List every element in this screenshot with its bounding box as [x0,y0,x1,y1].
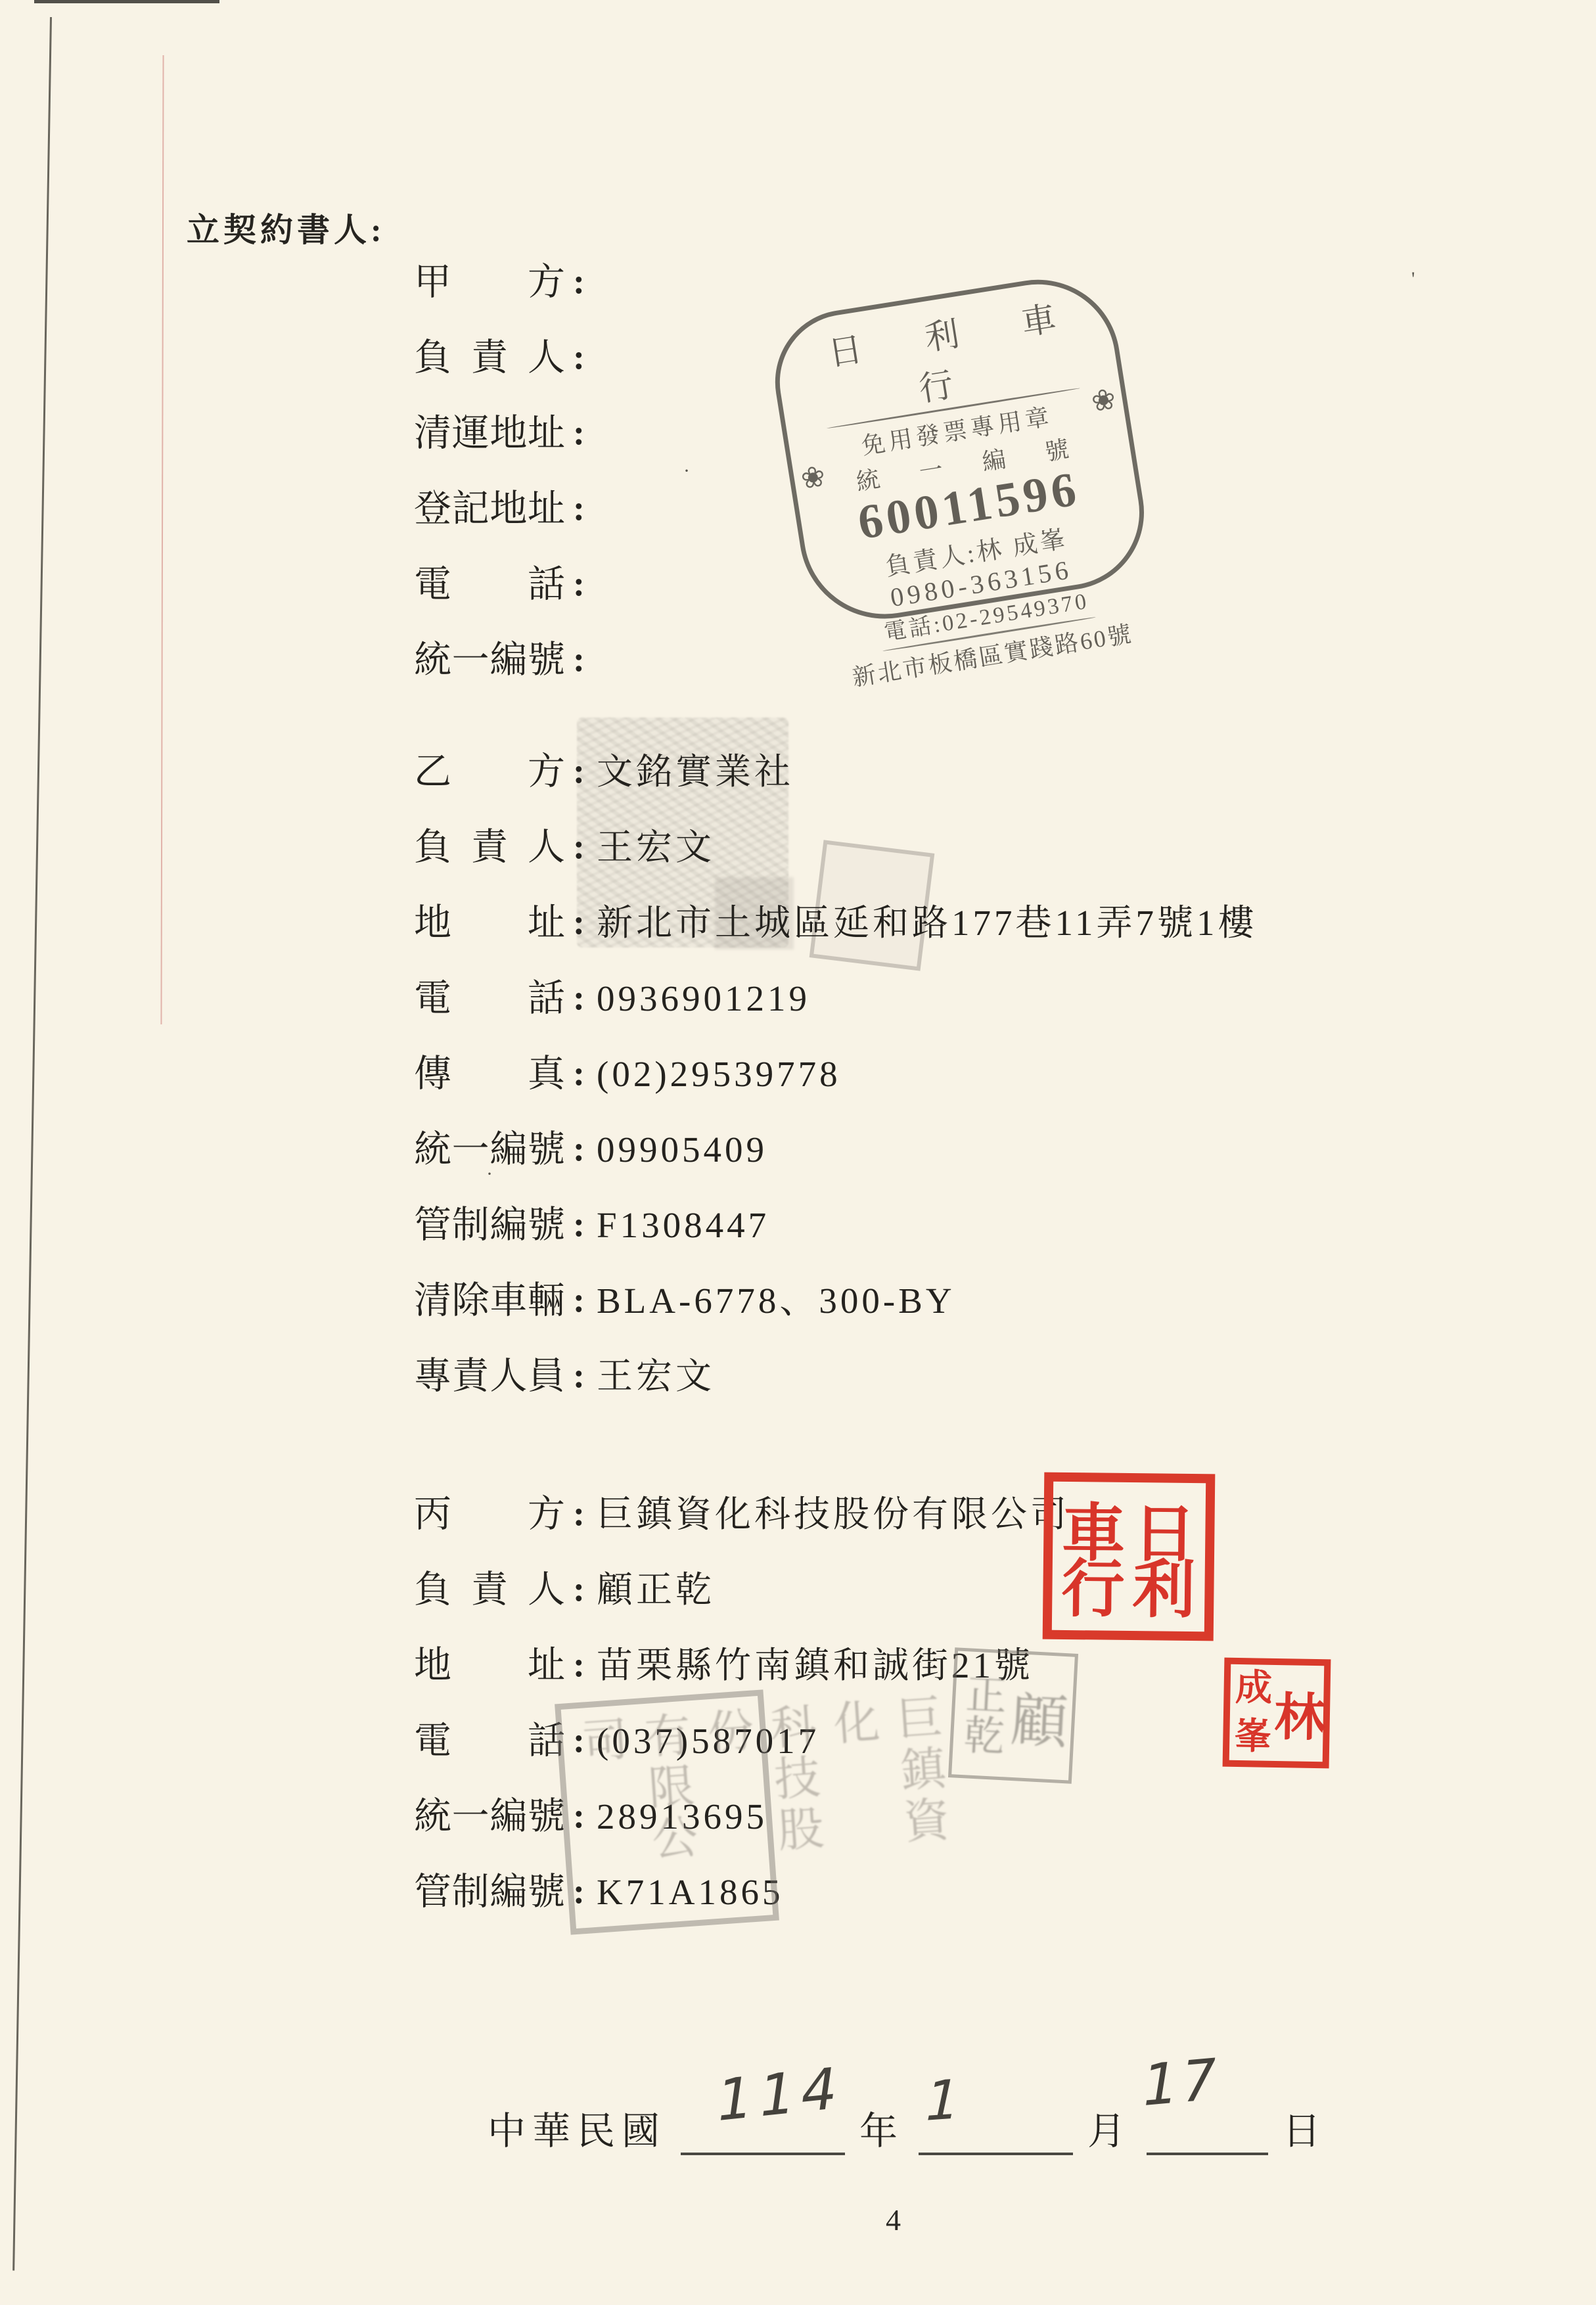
field-label: 地址 [414,1644,565,1687]
field-label: 清運地址 [414,412,565,455]
stamp-chars: 成 峯 [1229,1664,1278,1761]
stamp-char: 成 [1235,1667,1273,1710]
colon: : [565,488,593,528]
day-label: 日 [1283,2100,1327,2155]
field-label: 甲方 [414,261,565,304]
colon: : [565,1279,593,1320]
colon: : [565,1355,593,1396]
stamp-char: 利 [1132,1540,1196,1630]
field-row-bing-address: 地址:苗栗縣竹南鎮和誠街21號 [414,1644,1034,1687]
field-label: 乙方 [414,750,565,794]
field-value: 巨鎮資化科技股份有限公司 [597,1493,1070,1536]
colon: : [565,1568,593,1609]
field-row-yi-control-no: 管制編號:F1308447 [414,1204,769,1247]
page-title: 立契約書人: [187,204,386,251]
field-label: 地址 [414,901,565,945]
field-value: F1308447 [597,1204,769,1247]
stamp-char: 林 [1276,1665,1325,1762]
field-label: 丙方 [414,1493,565,1536]
field-label: 統一編號 [414,639,565,682]
year-label: 年 [859,2100,904,2155]
field-row-jia-fang: 甲方: [414,261,597,304]
colon: : [565,826,593,867]
scan-edge-line [34,0,219,3]
colon: : [565,901,593,942]
field-row-bing-fang: 丙方:巨鎮資化科技股份有限公司 [414,1493,1070,1536]
ink-speck: · [683,460,690,482]
colon: : [565,1644,593,1685]
field-value: BLA-6778、300-BY [597,1279,955,1323]
contract-page: ' · · 立契約書人: 甲方: 負責人: 清運地址: 登記地址: 電話: 統一… [0,0,1596,2305]
red-personal-stamp-lin: 林 成 峯 [1223,1658,1331,1769]
seal-column: 科技股份 [693,1700,832,1910]
field-row-jia-tax-id: 統一編號: [414,639,597,682]
field-value: (02)29539778 [597,1053,841,1096]
field-label: 清除車輛 [414,1279,565,1323]
flower-icon: ❀ [1089,382,1118,419]
field-row-yi-address: 地址:新北市土城區延和路177巷11弄7號1樓 [414,901,1257,945]
field-value: 顧正乾 [597,1568,715,1612]
day-blank-underline [1147,2114,1268,2155]
field-value: 新北市土城區延和路177巷11弄7號1樓 [597,901,1257,945]
field-row-jia-haul-address: 清運地址: [414,412,597,455]
roc-era-label: 中華民國 [488,2100,666,2155]
field-label: 電話 [414,563,565,606]
seal-column: 巨鎮資化 [819,1692,959,1902]
scan-margin-line [160,55,164,1024]
colon: : [565,412,593,453]
field-row-yi-phone: 電話:0936901219 [414,977,810,1020]
field-label: 統一編號 [414,1128,565,1172]
page-number: 4 [886,2202,901,2237]
field-row-jia-phone: 電話: [414,563,597,606]
colon: : [565,563,593,604]
field-label: 電話 [414,1720,565,1763]
field-row-bing-owner: 負責人:顧正乾 [414,1568,715,1612]
ink-speck: ' [1411,268,1415,290]
colon: : [565,261,593,302]
field-row-yi-fang: 乙方:文銘實業社 [414,750,794,794]
month-label: 月 [1087,2100,1132,2155]
stamp-char: 顧 [1009,1674,1070,1760]
field-row-yi-tax-id: 統一編號:09905409 [414,1128,767,1172]
field-label: 傳真 [414,1053,565,1096]
invoice-exemption-stamp: 日 利 車 行 免用發票專用章 統 一 編 號 60011596 負責人:林 成… [765,268,1155,631]
colon: : [565,1128,593,1169]
colon: : [565,336,593,377]
field-value: 09905409 [597,1128,767,1172]
field-value: 王宏文 [597,1355,715,1398]
field-label: 登記地址 [414,488,565,531]
field-row-yi-fax: 傳真:(02)29539778 [414,1053,841,1096]
field-label: 負責人 [414,826,565,869]
field-label: 管制編號 [414,1204,565,1247]
field-row-yi-vehicles: 清除車輛:BLA-6778、300-BY [414,1279,955,1323]
faint-corporate-seal: 巨鎮資化 科技股份 有限公司 [555,1689,779,1934]
field-label: 負責人 [414,1568,565,1612]
red-company-stamp: 日 車 利 行 [1043,1472,1216,1641]
colon: : [565,639,593,679]
colon: : [565,1493,593,1534]
field-label: 電話 [414,977,565,1020]
flower-icon: ❀ [798,459,827,495]
seal-column: 有限公司 [567,1710,707,1919]
field-row-yi-owner: 負責人:王宏文 [414,826,715,869]
colon: : [565,977,593,1018]
field-row-jia-reg-address: 登記地址: [414,488,597,531]
field-value: 文銘實業社 [597,750,794,794]
stamp-char: 峯 [1234,1716,1271,1758]
colon: : [565,1204,593,1244]
field-label: 負責人 [414,336,565,380]
field-label: 管制編號 [414,1871,565,1914]
field-label: 專責人員 [414,1355,565,1398]
colon: : [565,1053,593,1093]
handwritten-day: 17 [1137,2046,1224,2120]
stamp-char: 行 [1061,1539,1125,1630]
colon: : [565,750,593,791]
gray-personal-stamp-gu: 顧 正乾 [948,1647,1078,1784]
field-value: 0936901219 [597,977,810,1020]
field-row-jia-owner: 負責人: [414,336,597,380]
field-value: 王宏文 [597,826,715,869]
field-label: 統一編號 [414,1795,565,1838]
field-row-yi-staff: 專責人員:王宏文 [414,1355,715,1398]
stamp-chars: 正乾 [956,1672,1006,1756]
scan-fold-line [12,17,52,2271]
